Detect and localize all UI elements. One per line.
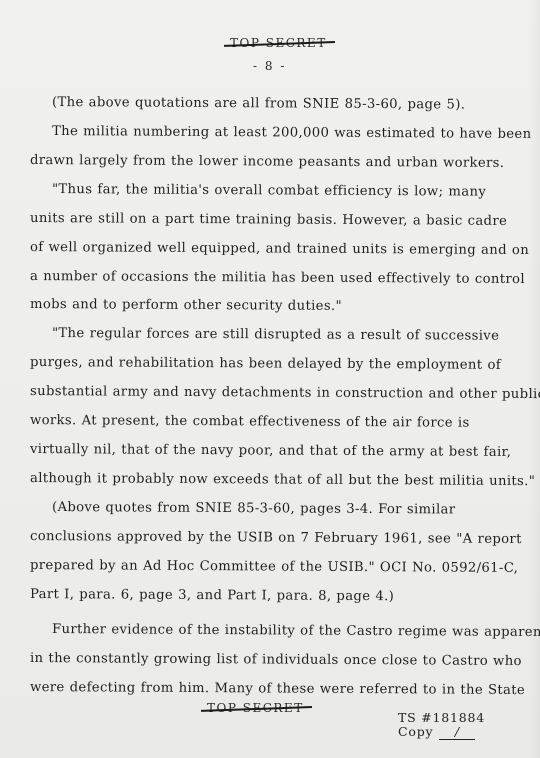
text-line: in the constantly growing list of indivi… <box>30 651 522 669</box>
text-line: drawn largely from the lower income peas… <box>30 153 504 171</box>
text-line: were defecting from him. Many of these w… <box>30 680 525 698</box>
text-line: units are still on a part time training … <box>30 211 507 229</box>
text-line: of well organized well equipped, and tra… <box>30 240 529 258</box>
text-line: "The regular forces are still disrupted … <box>52 326 499 344</box>
classification-marking-bottom: TOP SECRET <box>207 701 304 715</box>
text-line: Further evidence of the instability of t… <box>52 622 540 640</box>
text-line: mobs and to perform other security dutie… <box>30 297 342 314</box>
text-line: virtually nil, that of the navy poor, an… <box>30 442 511 460</box>
document-page: TOP SECRET - 8 - (The above quotations a… <box>0 0 540 758</box>
text-line: (The above quotations are all from SNIE … <box>52 95 465 113</box>
text-line: although it probably now exceeds that of… <box>30 471 535 489</box>
text-line: works. At present, the combat effectiven… <box>30 413 470 431</box>
page-edge-shadow <box>528 0 540 758</box>
text-line: (Above quotes from SNIE 85-3-60, pages 3… <box>52 500 456 517</box>
copy-label: Copy <box>398 724 433 739</box>
control-number: TS #181884 <box>398 710 485 725</box>
text-line: conclusions approved by the USIB on 7 Fe… <box>30 529 522 547</box>
text-line: Part I, para. 6, page 3, and Part I, par… <box>30 587 394 604</box>
text-line: purges, and rehabilitation has been dela… <box>30 355 501 373</box>
copy-value: / <box>439 724 475 740</box>
text-line: substantial army and navy detachments in… <box>30 384 540 402</box>
copy-number: Copy/ <box>398 724 475 740</box>
text-line: "Thus far, the militia's overall combat … <box>52 182 486 200</box>
text-line: a number of occasions the militia has be… <box>30 269 525 287</box>
classification-marking-top: TOP SECRET <box>230 36 327 50</box>
text-line: prepared by an Ad Hoc Committee of the U… <box>30 558 518 576</box>
page-number: - 8 - <box>253 59 286 73</box>
text-line: The militia numbering at least 200,000 w… <box>52 124 532 142</box>
